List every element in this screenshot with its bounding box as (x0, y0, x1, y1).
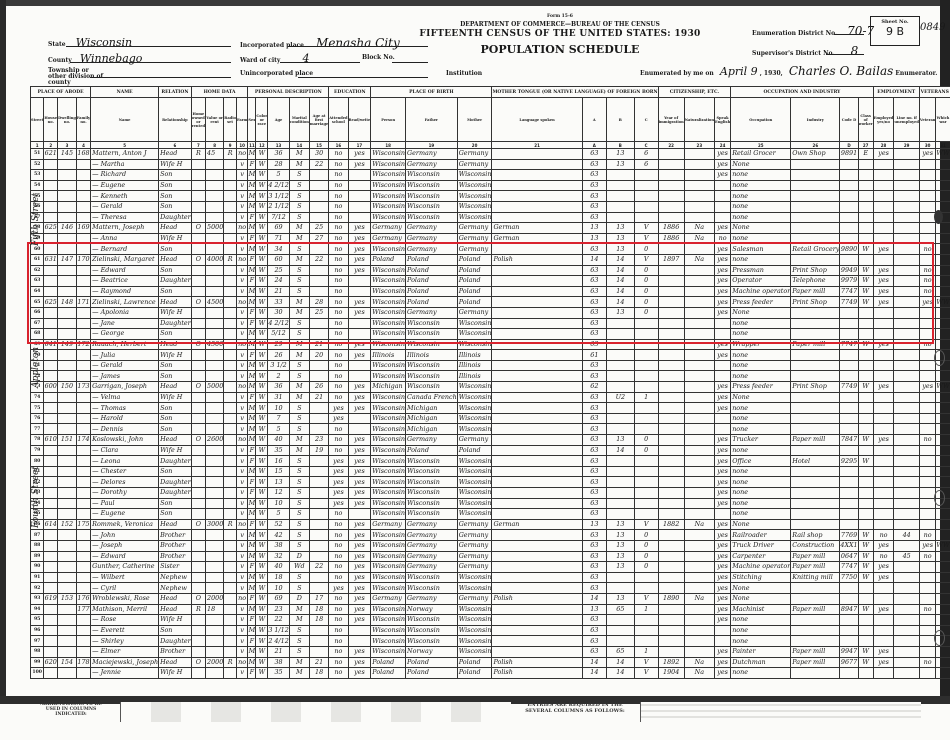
line-number-left: 74 (31, 392, 44, 403)
cell-eng: yes (714, 159, 730, 170)
cell-read: yes (348, 265, 371, 276)
cell-industry (791, 201, 840, 212)
cell-farm: v (236, 424, 247, 435)
cell-race: W (256, 456, 268, 467)
cell-relation: Son (159, 509, 192, 520)
cell-farm: v (236, 233, 247, 244)
table-row: 58625146169Mattern, JosephHeadO5000noMW6… (31, 223, 950, 234)
cell-name: — George (91, 329, 159, 340)
cell-farm: v (236, 392, 247, 403)
cell-relation: Wife H (159, 159, 192, 170)
cell-immig (658, 530, 684, 541)
line-number-left: 95 (31, 615, 44, 626)
cell-dwelling (58, 244, 77, 255)
sheet-value: 9 B (871, 25, 919, 38)
cell-name: — Dennis (91, 424, 159, 435)
cell-vet (919, 201, 936, 212)
cell-age-marr: 21 (309, 392, 328, 403)
cell-immig (658, 360, 684, 371)
cell-school: no (329, 646, 348, 657)
cell-read (348, 212, 371, 223)
cell-relation: Son (159, 180, 192, 191)
cell-father: Germany (406, 244, 458, 255)
cell-house: 600 (44, 382, 58, 393)
cell-immig (658, 435, 684, 446)
cell-birth: Wisconsin (371, 636, 406, 647)
cell-marital: M (289, 223, 309, 234)
line-number-left: 78 (31, 435, 44, 446)
cell-race: W (256, 477, 268, 488)
column-number: 31 (936, 142, 950, 149)
cell-name: Mathison, Merril (91, 604, 159, 615)
cell-c (634, 339, 658, 350)
cell-nat: Na (684, 519, 714, 530)
cell-read (348, 276, 371, 287)
enumerator-name: Charles O. Bailas (789, 64, 893, 78)
cell-read: yes (348, 392, 371, 403)
cell-farm: v (236, 212, 247, 223)
cell-mother: Poland (457, 276, 492, 287)
cell-c: 0 (634, 530, 658, 541)
cell-read: yes (348, 223, 371, 234)
cell-age-marr: 23 (309, 435, 328, 446)
cell-father: Germany (406, 149, 458, 160)
cell-employed (873, 170, 894, 181)
cell-name: — Raymond (91, 286, 159, 297)
cell-c: 1 (634, 646, 658, 657)
cell-class (858, 625, 873, 636)
cell-nat (684, 572, 714, 583)
line-number-left: 77 (31, 424, 44, 435)
cell-a: 63 (582, 201, 606, 212)
cell-birth: Wisconsin (371, 403, 406, 414)
cell-occupation: none (731, 180, 791, 191)
cell-birth: Wisconsin (371, 413, 406, 424)
cell-relation: Daughter (159, 488, 192, 499)
cell-dwelling (58, 466, 77, 477)
cell-sex: M (248, 371, 256, 382)
cell-name: — Apolonia (91, 307, 159, 318)
cell-code: 7769 (840, 530, 858, 541)
form-footer: ABBREVIATIONS TO BE USED IN COLUMNS INDI… (30, 702, 930, 728)
state-label: State (48, 41, 66, 48)
cell-age-marr: 22 (309, 562, 328, 573)
cell-age: 2 (268, 371, 289, 382)
cell-dwelling (58, 371, 77, 382)
cell-age-marr (309, 583, 328, 594)
cell-father: Wisconsin (406, 191, 458, 202)
cell-nat (684, 371, 714, 382)
cell-read: yes (348, 646, 371, 657)
cell-immig (658, 615, 684, 626)
census-page: State Wisconsin County Winnebago Townshi… (0, 0, 950, 740)
cell-age: 29 (268, 339, 289, 350)
cell-birth: Wisconsin (371, 244, 406, 255)
cell-age: 13 (268, 477, 289, 488)
cell-nat (684, 413, 714, 424)
cell-vet (919, 360, 936, 371)
column-header: Sex (248, 98, 256, 142)
cell-relation: Head (159, 382, 192, 393)
cell-age-marr (309, 371, 328, 382)
cell-a: 63 (582, 615, 606, 626)
cell-lang (492, 307, 582, 318)
column-number: 9 (224, 142, 237, 149)
cell-employed (873, 615, 894, 626)
cell-dwelling (58, 170, 77, 181)
column-group-header: MOTHER TONGUE (OR NATIVE LANGUAGE) OF FO… (492, 87, 658, 98)
cell-unemp (894, 318, 919, 329)
cell-lang (492, 371, 582, 382)
cell-immig (658, 392, 684, 403)
cell-value (206, 424, 224, 435)
cell-eng: no (714, 233, 730, 244)
cell-occupation: Machine operator (731, 562, 791, 573)
cell-father: Poland (406, 297, 458, 308)
cell-a: 63 (582, 583, 606, 594)
cell-age-marr (309, 329, 328, 340)
cell-eng (714, 509, 730, 520)
cell-read (348, 318, 371, 329)
cell-age: 40 (268, 435, 289, 446)
cell-mother: Wisconsin (457, 382, 492, 393)
cell-class (858, 170, 873, 181)
cell-relation: Head (159, 297, 192, 308)
cell-house (44, 456, 58, 467)
column-number: 24 (714, 142, 730, 149)
cell-birth: Wisconsin (371, 276, 406, 287)
cell-mother: Wisconsin (457, 339, 492, 350)
cell-class: W (858, 657, 873, 668)
cell-industry (791, 212, 840, 223)
cell-radio (224, 583, 237, 594)
cell-age: 7 (268, 413, 289, 424)
cell-radio (224, 276, 237, 287)
cell-birth: Wisconsin (371, 466, 406, 477)
cell-race: W (256, 615, 268, 626)
cell-school: no (329, 329, 348, 340)
cell-house (44, 583, 58, 594)
cell-c (634, 625, 658, 636)
cell-war (936, 254, 950, 265)
cell-race: W (256, 593, 268, 604)
cell-employed (873, 583, 894, 594)
column-header: Relationship (159, 98, 192, 142)
cell-age: 5 (268, 509, 289, 520)
cell-relation: Head (159, 519, 192, 530)
column-number: 3 (58, 142, 77, 149)
cell-relation: Wife H (159, 307, 192, 318)
cell-dwelling (58, 403, 77, 414)
cell-mother: Illinois (457, 360, 492, 371)
cell-industry (791, 307, 840, 318)
cell-a: 63 (582, 329, 606, 340)
cell-race: W (256, 562, 268, 573)
cell-mother: Germany (457, 551, 492, 562)
cell-unemp (894, 276, 919, 287)
cell-nat (684, 382, 714, 393)
cell-b (606, 583, 634, 594)
table-row: 66— ApoloniaWife HvFW30M25noyesWisconsin… (31, 307, 950, 318)
cell-eng: yes (714, 604, 730, 615)
cell-father: Germany (406, 159, 458, 170)
cell-race: W (256, 403, 268, 414)
cell-vet (919, 583, 936, 594)
cell-read (348, 360, 371, 371)
cell-school: no (329, 244, 348, 255)
cell-class: W (858, 435, 873, 446)
cell-c (634, 318, 658, 329)
cell-code (840, 636, 858, 647)
cell-value (206, 265, 224, 276)
line-number-left: 51 (31, 149, 44, 160)
cell-name: — Elmer (91, 646, 159, 657)
cell-vet (919, 424, 936, 435)
cell-war (936, 223, 950, 234)
cell-read: yes (348, 488, 371, 499)
cell-sex: F (248, 593, 256, 604)
cell-employed: no (873, 530, 894, 541)
cell-mother: Germany (457, 519, 492, 530)
cell-industry (791, 371, 840, 382)
cell-a: 13 (582, 519, 606, 530)
cell-nat (684, 646, 714, 657)
cell-sex: M (248, 413, 256, 424)
cell-age: 71 (268, 233, 289, 244)
ed-label: Enumeration District No. (752, 30, 837, 37)
cell-name: Koslowski, John (91, 435, 159, 446)
cell-code (840, 668, 858, 679)
cell-eng: yes (714, 488, 730, 499)
cell-immig: 1897 (658, 254, 684, 265)
cell-age-marr (309, 646, 328, 657)
cell-war: WW (936, 149, 950, 160)
cell-b (606, 180, 634, 191)
cell-nat (684, 435, 714, 446)
cell-read (348, 625, 371, 636)
cell-code (840, 159, 858, 170)
cell-nat (684, 456, 714, 467)
cell-immig (658, 286, 684, 297)
county-value: Winnebago (80, 52, 143, 65)
cell-value: 2000 (206, 657, 224, 668)
cell-family (76, 477, 90, 488)
cell-father: Wisconsin (406, 572, 458, 583)
cell-nat (684, 392, 714, 403)
cell-race: W (256, 668, 268, 679)
cell-a: 13 (582, 233, 606, 244)
column-header: Industry (791, 98, 840, 142)
cell-farm: v (236, 466, 247, 477)
cell-tenure (191, 265, 205, 276)
cell-dwelling: 145 (58, 149, 77, 160)
cell-code: 9949 (840, 265, 858, 276)
cell-family (76, 636, 90, 647)
cell-a: 63 (582, 297, 606, 308)
cell-radio (224, 498, 237, 509)
cell-nat (684, 604, 714, 615)
cell-value: 5000 (206, 382, 224, 393)
cell-relation: Son (159, 329, 192, 340)
cell-age-marr: 22 (309, 254, 328, 265)
cell-name: — Gerald (91, 360, 159, 371)
cell-class: W (858, 604, 873, 615)
cell-radio (224, 329, 237, 340)
cell-value (206, 636, 224, 647)
cell-code (840, 350, 858, 361)
cell-birth: Wisconsin (371, 604, 406, 615)
cell-birth: Wisconsin (371, 445, 406, 456)
cell-eng: yes (714, 477, 730, 488)
cell-mother: Wisconsin (457, 466, 492, 477)
cell-c: V (634, 519, 658, 530)
cell-value (206, 233, 224, 244)
cell-employed (873, 593, 894, 604)
cell-occupation: Railroader (731, 530, 791, 541)
cell-code: 7749 (840, 297, 858, 308)
cell-age: 10 (268, 403, 289, 414)
cell-farm: no (236, 297, 247, 308)
cell-age-marr (309, 170, 328, 181)
cell-family (76, 413, 90, 424)
cell-value: 3000 (206, 519, 224, 530)
cell-race: W (256, 265, 268, 276)
cell-immig (658, 382, 684, 393)
cell-code (840, 466, 858, 477)
column-group-header: RELATION (159, 87, 192, 98)
cell-age-marr: 19 (309, 445, 328, 456)
cell-farm: v (236, 551, 247, 562)
column-header: Marital condition (289, 98, 309, 142)
cell-a: 63 (582, 551, 606, 562)
cell-name: Zielinski, Margaret (91, 254, 159, 265)
state-underline (66, 46, 231, 47)
cell-father: Wisconsin (406, 360, 458, 371)
cell-unemp (894, 403, 919, 414)
cell-tenure (191, 488, 205, 499)
cell-sex: M (248, 329, 256, 340)
cell-father: Michigan (406, 413, 458, 424)
cell-birth: Poland (371, 657, 406, 668)
cell-birth: Wisconsin (371, 318, 406, 329)
cell-sex: M (248, 466, 256, 477)
cell-vet: no (919, 530, 936, 541)
column-header: Code D (840, 98, 858, 142)
cell-value: 4500 (206, 297, 224, 308)
cell-c: 0 (634, 265, 658, 276)
cell-industry: Own Shop (791, 149, 840, 160)
cell-war (936, 307, 950, 318)
cell-house: 641 (44, 339, 58, 350)
scan-border-top (0, 0, 950, 6)
cell-unemp (894, 498, 919, 509)
cell-eng: yes (714, 646, 730, 657)
cell-employed (873, 201, 894, 212)
cell-family: 173 (76, 382, 90, 393)
cell-house (44, 615, 58, 626)
cell-war: WW (936, 382, 950, 393)
cell-radio (224, 170, 237, 181)
cell-nat (684, 265, 714, 276)
cell-tenure (191, 286, 205, 297)
cell-nat (684, 615, 714, 626)
cell-tenure (191, 350, 205, 361)
cell-relation: Head (159, 223, 192, 234)
cell-age: 25 (268, 265, 289, 276)
cell-read: yes (348, 254, 371, 265)
cell-marital: S (289, 636, 309, 647)
cell-mother: Wisconsin (457, 456, 492, 467)
cell-tenure (191, 403, 205, 414)
cell-father: Wisconsin (406, 212, 458, 223)
cell-relation: Brother (159, 646, 192, 657)
cell-value: 4000 (206, 254, 224, 265)
cell-father: Michigan (406, 424, 458, 435)
cell-c (634, 170, 658, 181)
cell-dwelling (58, 201, 77, 212)
table-row: 59— AnnaWife HvFW71M27noyesGermanyGerman… (31, 233, 950, 244)
cell-tenure: O (191, 254, 205, 265)
cell-relation: Head (159, 435, 192, 446)
cell-occupation: none (731, 625, 791, 636)
cell-tenure (191, 646, 205, 657)
cell-industry (791, 403, 840, 414)
cell-lang: Polish (492, 668, 582, 679)
cell-name: — James (91, 371, 159, 382)
cell-relation: Wife H (159, 350, 192, 361)
cell-marital: M (289, 445, 309, 456)
cell-house (44, 244, 58, 255)
cell-sex: F (248, 636, 256, 647)
cell-school: no (329, 180, 348, 191)
cell-radio (224, 297, 237, 308)
cell-school: no (329, 551, 348, 562)
cell-value (206, 318, 224, 329)
cell-farm: v (236, 191, 247, 202)
cell-age: 21 (268, 646, 289, 657)
column-number: 23 (684, 142, 714, 149)
cell-unemp: 44 (894, 530, 919, 541)
cell-radio (224, 509, 237, 520)
column-header: B (606, 98, 634, 142)
cell-class (858, 403, 873, 414)
cell-read (348, 329, 371, 340)
column-number: 25 (731, 142, 791, 149)
cell-occupation: None (731, 392, 791, 403)
cell-age: 10 (268, 498, 289, 509)
cell-immig: 1904 (658, 668, 684, 679)
cell-age-marr (309, 456, 328, 467)
cell-occupation: Press feeder (731, 297, 791, 308)
ed-field: Enumeration District No. 70-7 (752, 24, 874, 38)
cell-age-marr (309, 276, 328, 287)
cell-farm: v (236, 350, 247, 361)
cell-radio (224, 668, 237, 679)
line-number-left: 61 (31, 254, 44, 265)
cell-marital: M (289, 297, 309, 308)
cell-radio (224, 371, 237, 382)
cell-unemp (894, 435, 919, 446)
cell-immig (658, 265, 684, 276)
cell-vet (919, 413, 936, 424)
cell-house (44, 466, 58, 477)
cell-war (936, 413, 950, 424)
cell-c: 6 (634, 159, 658, 170)
line-number-left: 53 (31, 170, 44, 181)
cell-lang (492, 159, 582, 170)
cell-name: Gunther, Catherine (91, 562, 159, 573)
cell-war (936, 477, 950, 488)
